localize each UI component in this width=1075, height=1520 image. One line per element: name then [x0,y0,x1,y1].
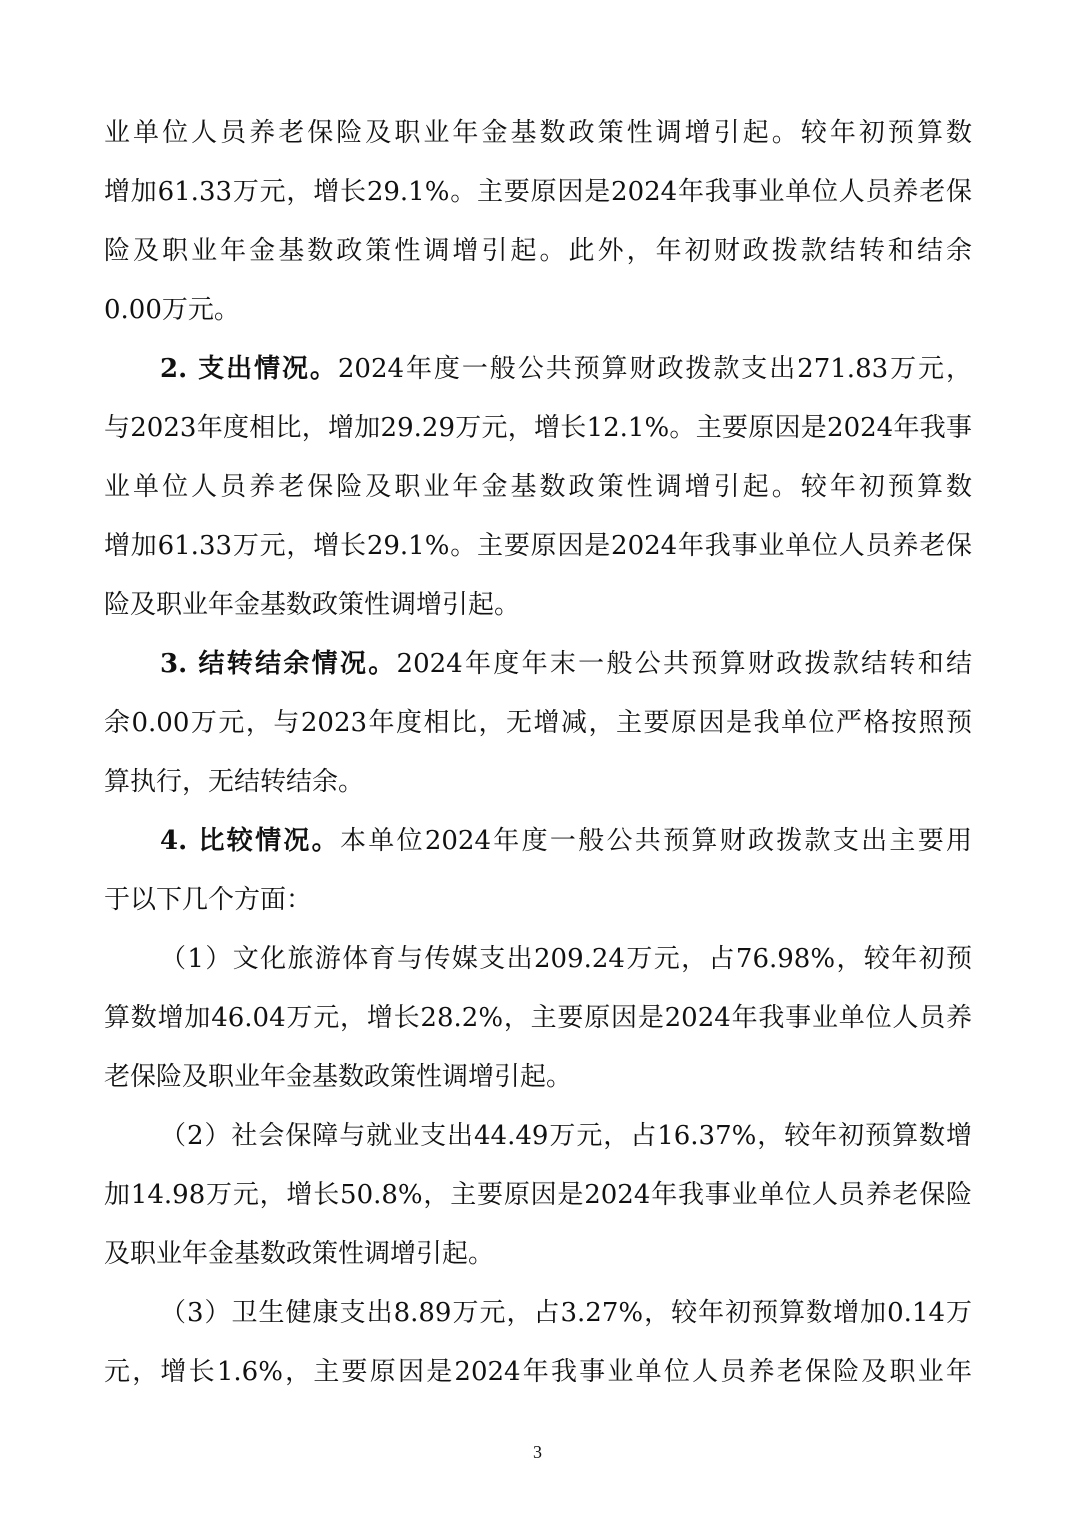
item-2-line: （2）社会保障与就业支出44.49万元，占16.37%，较年初预算数增 [160,1116,972,1156]
paragraph-line: 于以下几个方面： [104,880,972,920]
section-4-heading: 4. 比较情况。 [160,826,340,856]
paragraph-line: 余0.00万元，与2023年度相比，无增减，主要原因是我单位严格按照预 [104,703,972,743]
paragraph-line: 业单位人员养老保险及职业年金基数政策性调增引起。较年初预算数 [104,113,972,153]
page-number: 3 [0,1440,1075,1464]
paragraph-line: 业单位人员养老保险及职业年金基数政策性调增引起。较年初预算数 [104,467,972,507]
item-1-line: （1）文化旅游体育与传媒支出209.24万元，占76.98%，较年初预 [160,939,972,979]
item-1-line: 老保险及职业年金基数政策性调增引起。 [104,1057,972,1097]
item-2-line: 加14.98万元，增长50.8%，主要原因是2024年我事业单位人员养老保险 [104,1175,972,1215]
paragraph-line: 增加61.33万元，增长29.1%。主要原因是2024年我事业单位人员养老保 [104,172,972,212]
item-2-line: 及职业年金基数政策性调增引起。 [104,1234,972,1274]
paragraph-line: 0.00万元。 [104,290,972,330]
item-3-line: 元，增长1.6%，主要原因是2024年我事业单位人员养老保险及职业年 [104,1352,972,1392]
section-3-heading: 3. 结转结余情况。 [160,649,397,679]
item-3-line: （3）卫生健康支出8.89万元，占3.27%，较年初预算数增加0.14万 [160,1293,972,1333]
paragraph-line: 与2023年度相比，增加29.29万元，增长12.1%。主要原因是2024年我事 [104,408,972,448]
paragraph-line: 险及职业年金基数政策性调增引起。此外，年初财政拨款结转和结余 [104,231,972,271]
item-1-line: 算数增加46.04万元，增长28.2%，主要原因是2024年我事业单位人员养 [104,998,972,1038]
section-2-first-line: 2. 支出情况。2024年度一般公共预算财政拨款支出271.83万元， [160,349,972,389]
section-4-first-line: 4. 比较情况。本单位2024年度一般公共预算财政拨款支出主要用 [160,821,972,861]
section-2-heading: 2. 支出情况。 [160,354,338,384]
paragraph-line: 算执行，无结转结余。 [104,762,972,802]
section-2-text: 2024年度一般公共预算财政拨款支出271.83万元， [338,354,972,384]
section-3-text: 2024年度年末一般公共预算财政拨款结转和结 [397,649,972,679]
section-3-first-line: 3. 结转结余情况。2024年度年末一般公共预算财政拨款结转和结 [160,644,972,684]
paragraph-line: 险及职业年金基数政策性调增引起。 [104,585,972,625]
section-4-text: 本单位2024年度一般公共预算财政拨款支出主要用 [340,826,972,856]
paragraph-line: 增加61.33万元，增长29.1%。主要原因是2024年我事业单位人员养老保 [104,526,972,566]
document-page: 业单位人员养老保险及职业年金基数政策性调增引起。较年初预算数 增加61.33万元… [0,0,1075,1520]
